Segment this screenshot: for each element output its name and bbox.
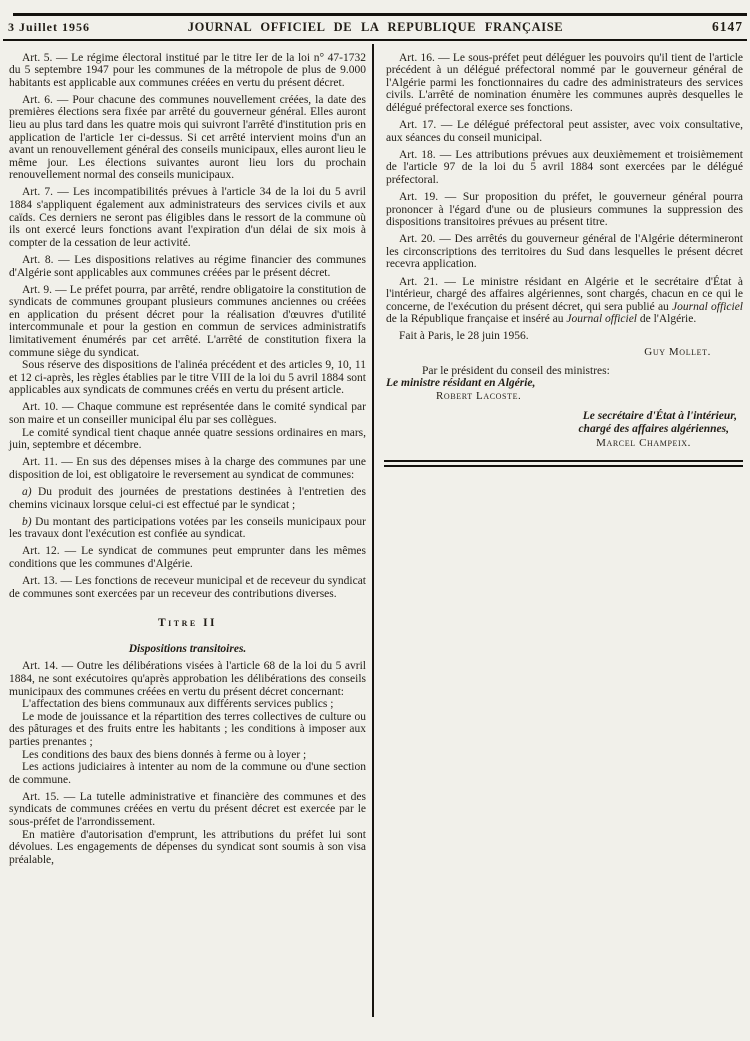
journal-page: 3 Juillet 1956 JOURNAL OFFICIEL DE LA RE… — [0, 0, 750, 1041]
paragraph: Art. 15. — La tutelle administrative et … — [9, 791, 366, 829]
paragraph: Sous réserve des dispositions de l'aliné… — [9, 359, 366, 397]
column-divider — [372, 44, 374, 1017]
italic-text-segment: b) — [22, 516, 35, 528]
text-segment: Du montant des participations votées par… — [9, 516, 366, 541]
paragraph: Robert Lacoste. — [386, 390, 743, 403]
paragraph: Le secrétaire d'État à l'intérieur, — [386, 410, 743, 423]
paragraph: Art. 14. — Outre les délibérations visée… — [9, 660, 366, 698]
paragraph: Art. 16. — Le sous-préfet peut déléguer … — [386, 52, 743, 115]
left-column: Art. 5. — Le régime électoral institué p… — [9, 47, 366, 866]
paragraph: Guy Mollet. — [386, 346, 743, 359]
header-top-rule — [13, 13, 747, 16]
paragraph: Art. 9. — Le préfet pourra, par arrêté, … — [9, 284, 366, 360]
paragraph: Le mode de jouissance et la répartition … — [9, 711, 366, 749]
paragraph: Dispositions transitoires. — [9, 643, 366, 656]
paragraph: b) Du montant des participations votées … — [9, 516, 366, 541]
text-segment: de la République française et inséré au — [386, 313, 566, 325]
paragraph: Art. 8. — Les dispositions relatives au … — [9, 254, 366, 279]
paragraph: Le comité syndical tient chaque année qu… — [9, 427, 366, 452]
paragraph: Les conditions des baux des biens donnés… — [9, 749, 366, 762]
paragraph: L'affectation des biens communaux aux di… — [9, 698, 366, 711]
paragraph: Art. 12. — Le syndicat de communes peut … — [9, 545, 366, 570]
paragraph: Marcel Champeix. — [386, 437, 743, 450]
issue-date: 3 Juillet 1956 — [8, 20, 158, 35]
paragraph: En matière d'autorisation d'emprunt, les… — [9, 829, 366, 867]
paragraph: Art. 7. — Les incompatibilités prévues à… — [9, 186, 366, 249]
paragraph: Art. 11. — En sus des dépenses mises à l… — [9, 456, 366, 481]
paragraph: Art. 21. — Le ministre résidant en Algér… — [386, 276, 743, 326]
paragraph: Fait à Paris, le 28 juin 1956. — [386, 330, 743, 343]
journal-title: JOURNAL OFFICIEL DE LA REPUBLIQUE FRANÇA… — [158, 20, 593, 35]
paragraph: Les actions judiciaires à intenter au no… — [9, 761, 366, 786]
paragraph: Art. 17. — Le délégué préfectoral peut a… — [386, 119, 743, 144]
paragraph: Art. 19. — Sur proposition du préfet, le… — [386, 191, 743, 229]
paragraph: Art. 10. — Chaque commune est représenté… — [9, 401, 366, 426]
page-number: 6147 — [593, 19, 743, 35]
paragraph: Art. 18. — Les attributions prévues aux … — [386, 149, 743, 187]
paragraph: Art. 5. — Le régime électoral institué p… — [9, 52, 366, 90]
page-header: 3 Juillet 1956 JOURNAL OFFICIEL DE LA RE… — [8, 19, 743, 35]
paragraph: Par le président du conseil des ministre… — [386, 365, 743, 378]
paragraph: Art. 13. — Les fonctions de receveur mun… — [9, 575, 366, 600]
right-column-text: Art. 16. — Le sous-préfet peut déléguer … — [386, 52, 743, 450]
italic-text-segment: Journal officiel — [566, 313, 637, 325]
italic-text-segment: Journal officiel — [672, 301, 743, 313]
paragraph: chargé des affaires algériennes, — [386, 423, 743, 436]
paragraph: a) Du produit des journées de prestation… — [9, 486, 366, 511]
paragraph: Art. 6. — Pour chacune des communes nouv… — [9, 94, 366, 182]
paragraph: Art. 20. — Des arrêtés du gouverneur gén… — [386, 233, 743, 271]
right-column: Art. 16. — Le sous-préfet peut déléguer … — [386, 47, 743, 467]
italic-text-segment: a) — [22, 486, 38, 498]
header-bottom-rule — [3, 39, 747, 41]
section-end-rule — [384, 460, 743, 467]
paragraph: Titre II — [9, 617, 366, 630]
text-segment: Du produit des journées de prestations d… — [9, 486, 366, 511]
paragraph: Le ministre résidant en Algérie, — [386, 377, 743, 390]
text-segment: de l'Algérie. — [637, 313, 696, 325]
